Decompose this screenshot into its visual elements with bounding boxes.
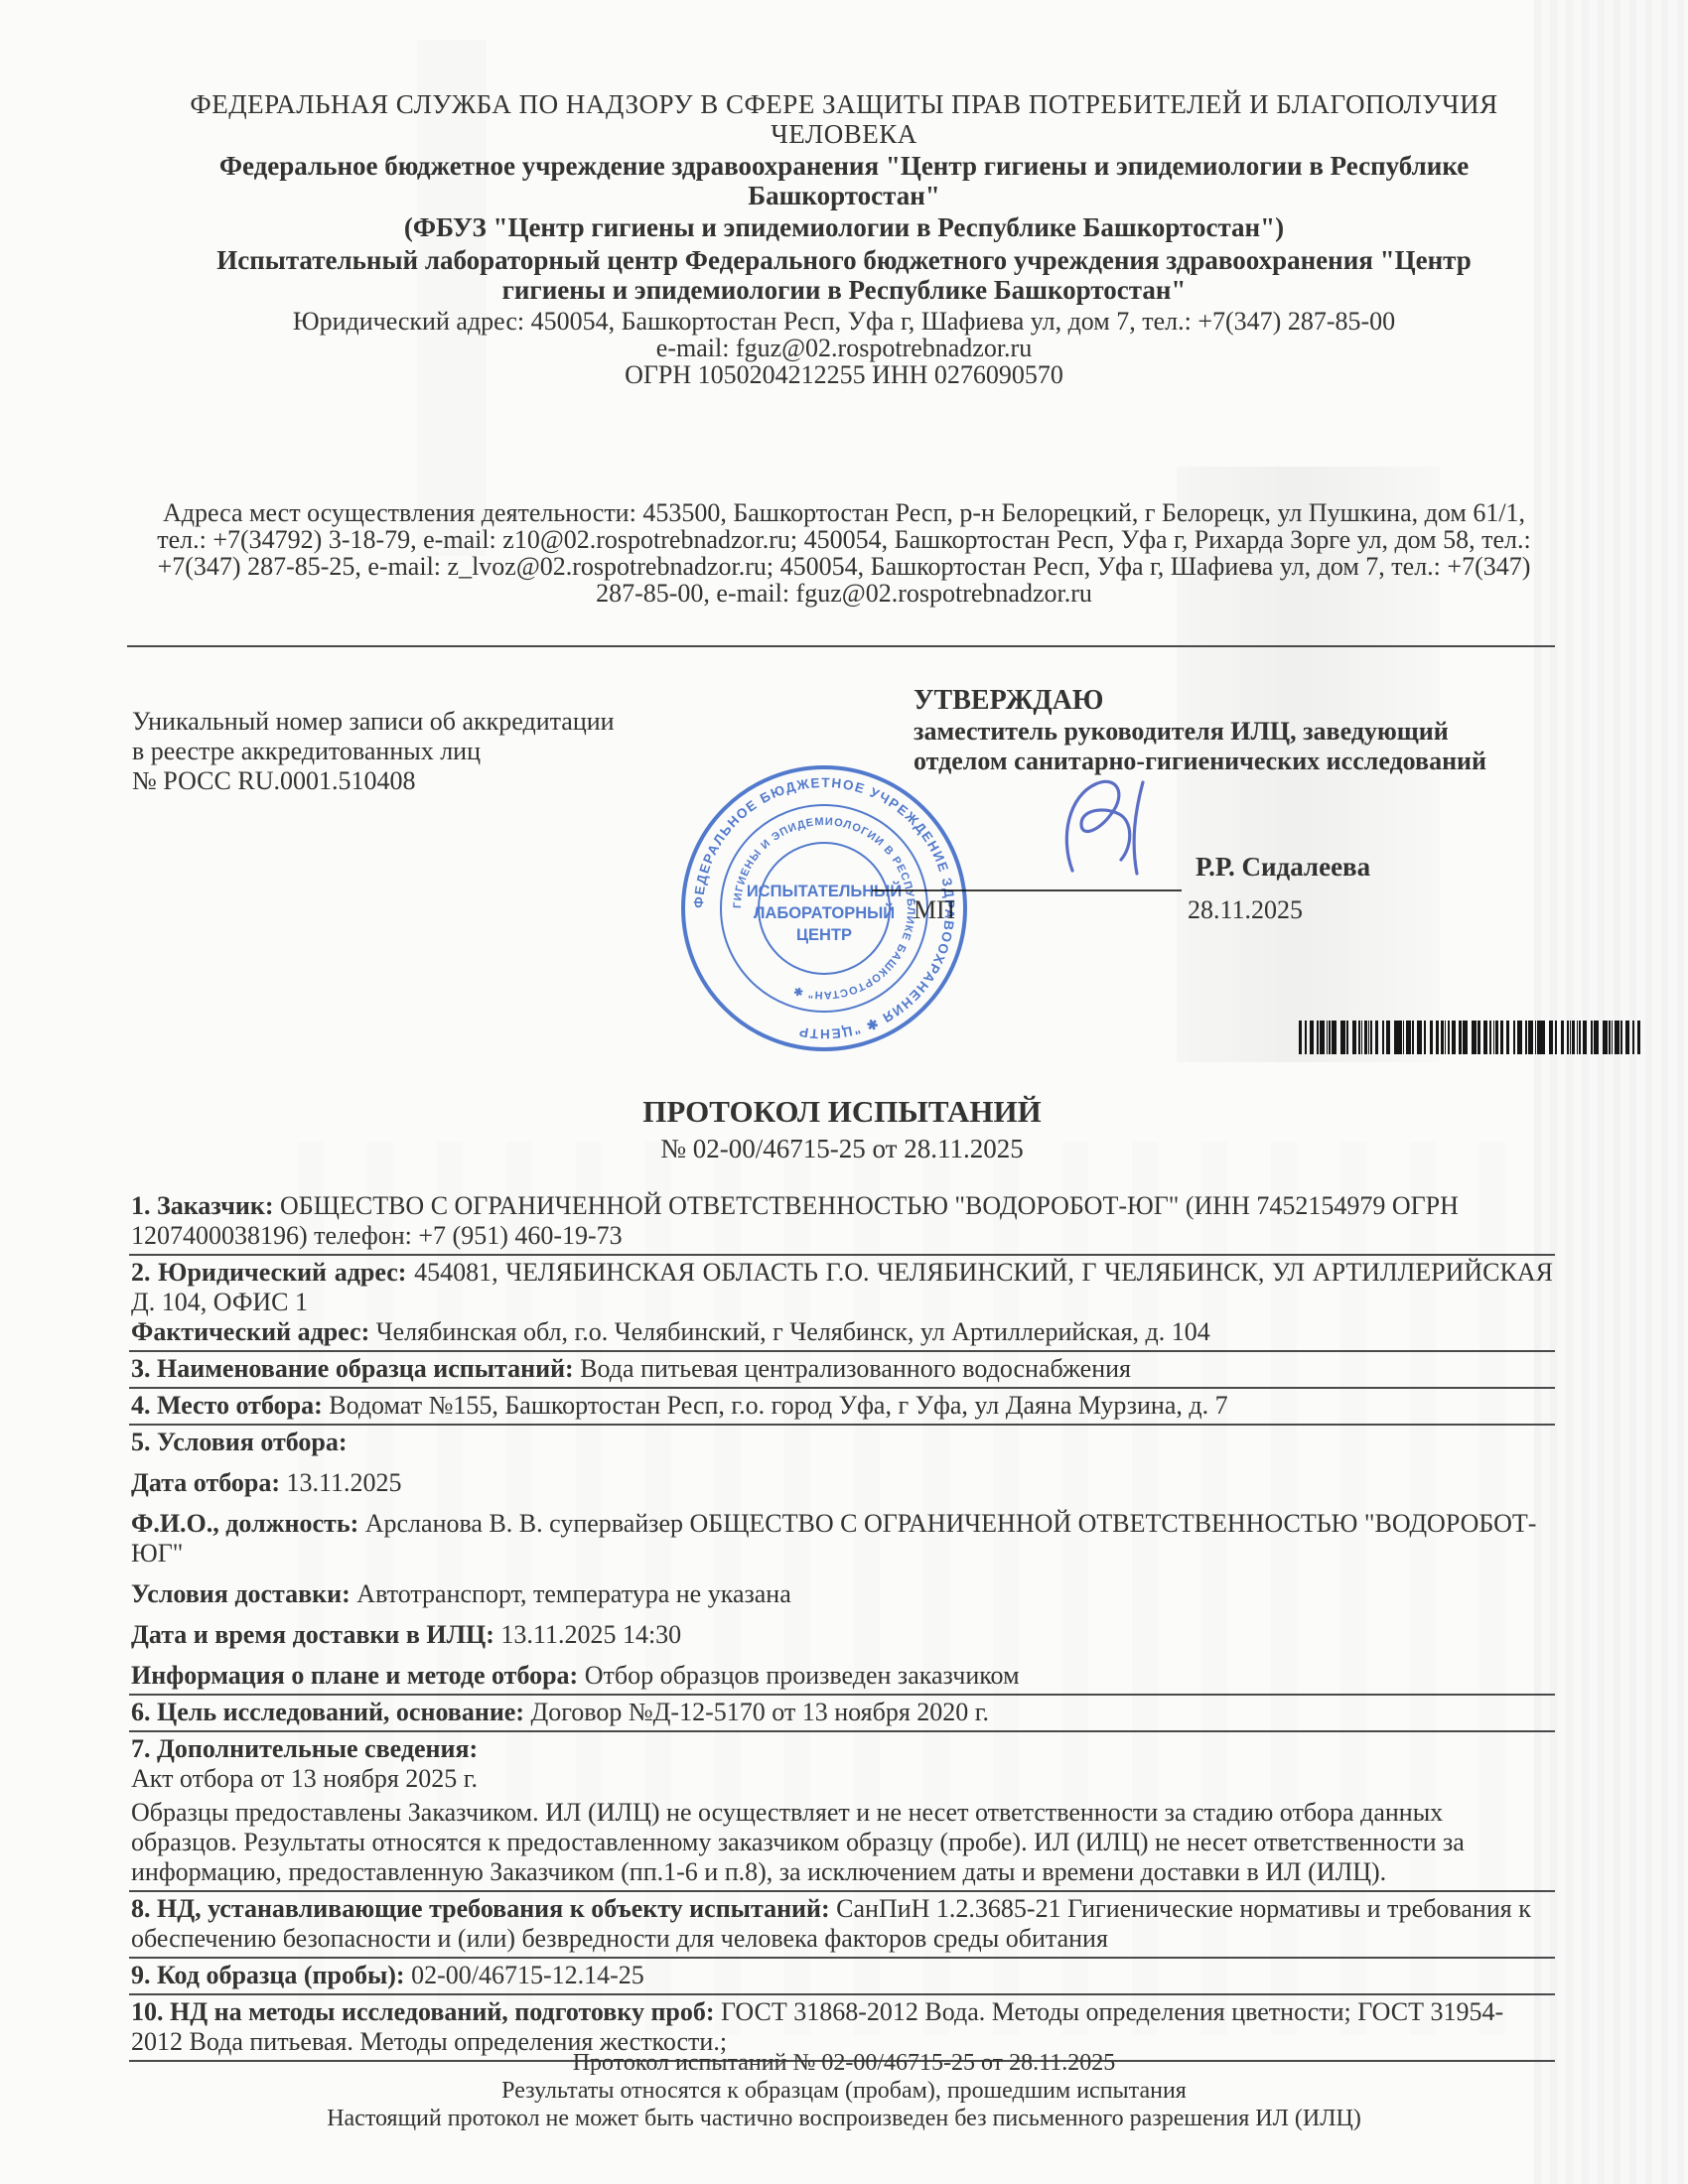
approval-block: УТВЕРЖДАЮ заместитель руководителя ИЛЦ, … bbox=[914, 685, 1559, 776]
section-label: 8. НД, устанавливающие требования к объе… bbox=[131, 1894, 830, 1923]
row-label: Информация о плане и методе отбора: bbox=[131, 1661, 578, 1690]
section-label: 4. Место отбора: bbox=[131, 1391, 323, 1420]
barcode bbox=[1299, 1021, 1644, 1054]
signer-name: Р.Р. Сидалеева bbox=[1196, 852, 1370, 883]
row-text: 13.11.2025 bbox=[287, 1468, 402, 1497]
section-sample-code: 9. Код образца (пробы): 02-00/46715-12.1… bbox=[129, 1959, 1555, 1995]
section-paragraph: Образцы предоставлены Заказчиком. ИЛ (ИЛ… bbox=[131, 1798, 1553, 1887]
protocol-sections: 1. Заказчик: ОБЩЕСТВО С ОГРАНИЧЕННОЙ ОТВ… bbox=[129, 1189, 1555, 2062]
row-text: 13.11.2025 14:30 bbox=[500, 1620, 681, 1649]
section-subtext: Челябинская обл, г.о. Челябинский, г Чел… bbox=[376, 1317, 1210, 1346]
sign-date: 28.11.2025 bbox=[1188, 895, 1303, 925]
org-email: e-mail: fguz@02.rospotrebnadzor.ru bbox=[169, 335, 1519, 361]
protocol-number: № 02-00/46715-25 от 28.11.2025 bbox=[129, 1134, 1555, 1164]
signature-ink bbox=[1048, 766, 1196, 895]
lab-center-name: Испытательный лабораторный центр Федерал… bbox=[169, 245, 1519, 305]
scan-artifact bbox=[1534, 0, 1688, 2184]
section-label: 10. НД на методы исследований, подготовк… bbox=[131, 1997, 715, 2026]
row-label: Дата отбора: bbox=[131, 1468, 280, 1497]
page-footer: Протокол испытаний № 02-00/46715-25 от 2… bbox=[0, 2049, 1688, 2132]
section-label: 2. Юридический адрес: bbox=[131, 1258, 406, 1287]
laboratory-stamp: ФЕДЕРАЛЬНОЕ БЮДЖЕТНОЕ УЧРЕЖДЕНИЕ ЗДРАВОО… bbox=[675, 759, 973, 1057]
section-label: 9. Код образца (пробы): bbox=[131, 1961, 405, 1989]
section-text: Водомат №155, Башкортостан Респ, г.о. го… bbox=[329, 1391, 1227, 1420]
ogrn-inn: ОГРН 1050204212255 ИНН 0276090570 bbox=[169, 361, 1519, 388]
section-label: 5. Условия отбора: bbox=[131, 1428, 348, 1456]
section-purpose: 6. Цель исследований, основание: Договор… bbox=[129, 1696, 1555, 1732]
approval-subtitle: отделом санитарно-гигиенических исследов… bbox=[914, 747, 1559, 776]
agency-title: ФЕДЕРАЛЬНАЯ СЛУЖБА ПО НАДЗОРУ В СФЕРЕ ЗА… bbox=[169, 89, 1519, 149]
stamp-center-line: ЦЕНТР bbox=[796, 926, 852, 944]
approval-title: УТВЕРЖДАЮ bbox=[914, 685, 1559, 717]
section-sublabel: Фактический адрес: bbox=[131, 1317, 369, 1346]
row-label: Условия доставки: bbox=[131, 1579, 351, 1608]
header-divider bbox=[127, 645, 1555, 647]
accreditation-number: № РОСС RU.0001.510408 bbox=[132, 766, 728, 796]
accreditation-line: в реестре аккредитованных лиц bbox=[132, 737, 728, 766]
legal-address: Юридический адрес: 450054, Башкортостан … bbox=[169, 308, 1519, 335]
accreditation-block: Уникальный номер записи об аккредитации … bbox=[132, 707, 728, 796]
protocol-title: ПРОТОКОЛ ИСПЫТАНИЙ bbox=[129, 1094, 1555, 1130]
section-sampling-place: 4. Место отбора: Водомат №155, Башкортос… bbox=[129, 1389, 1555, 1426]
row-text: Автотранспорт, температура не указана bbox=[356, 1579, 790, 1608]
section-text: Вода питьевая централизованного водоснаб… bbox=[580, 1354, 1131, 1383]
section-label: 7. Дополнительные сведения: bbox=[131, 1734, 478, 1763]
section-label: 3. Наименование образца испытаний: bbox=[131, 1354, 574, 1383]
section-label: 6. Цель исследований, основание: bbox=[131, 1698, 524, 1726]
row-text: Отбор образцов произведен заказчиком bbox=[585, 1661, 1020, 1690]
section-customer: 1. Заказчик: ОБЩЕСТВО С ОГРАНИЧЕННОЙ ОТВ… bbox=[129, 1189, 1555, 1256]
row-label: Дата и время доставки в ИЛЦ: bbox=[131, 1620, 494, 1649]
section-additional-info: 7. Дополнительные сведения: Акт отбора о… bbox=[129, 1732, 1555, 1892]
org-full-name: Федеральное бюджетное учреждение здравоо… bbox=[169, 151, 1519, 210]
document-page: ФЕДЕРАЛЬНАЯ СЛУЖБА ПО НАДЗОРУ В СФЕРЕ ЗА… bbox=[0, 0, 1688, 2184]
footer-note: Результаты относятся к образцам (пробам)… bbox=[0, 2077, 1688, 2105]
section-line: Акт отбора от 13 ноября 2025 г. bbox=[131, 1764, 1553, 1794]
approval-subtitle: заместитель руководителя ИЛЦ, заведующий bbox=[914, 717, 1559, 747]
section-legal-address: 2. Юридический адрес: 454081, ЧЕЛЯБИНСКА… bbox=[129, 1256, 1555, 1352]
activity-addresses: Адреса мест осуществления деятельности: … bbox=[149, 499, 1539, 607]
stamp-center-line: ИСПЫТАТЕЛЬНЫЙ bbox=[747, 882, 902, 900]
footer-note: Настоящий протокол не может быть частичн… bbox=[0, 2105, 1688, 2132]
row-label: Ф.И.О., должность: bbox=[131, 1509, 358, 1538]
footer-protocol-ref: Протокол испытаний № 02-00/46715-25 от 2… bbox=[0, 2049, 1688, 2077]
stamp-center-line: ЛАБОРАТОРНЫЙ bbox=[754, 903, 895, 922]
section-text: Договор №Д-12-5170 от 13 ноября 2020 г. bbox=[531, 1698, 990, 1726]
section-sample-name: 3. Наименование образца испытаний: Вода … bbox=[129, 1352, 1555, 1389]
section-text: ОБЩЕСТВО С ОГРАНИЧЕННОЙ ОТВЕТСТВЕННОСТЬЮ… bbox=[131, 1191, 1459, 1250]
section-nd-requirements: 8. НД, устанавливающие требования к объе… bbox=[129, 1892, 1555, 1959]
section-text: 02-00/46715-12.14-25 bbox=[411, 1961, 644, 1989]
section-label: 1. Заказчик: bbox=[131, 1191, 274, 1220]
section-sampling-conditions: 5. Условия отбора: Дата отбора: 13.11.20… bbox=[129, 1426, 1555, 1696]
org-short-name: (ФБУЗ "Центр гигиены и эпидемиологии в Р… bbox=[169, 212, 1519, 242]
accreditation-line: Уникальный номер записи об аккредитации bbox=[132, 707, 728, 737]
